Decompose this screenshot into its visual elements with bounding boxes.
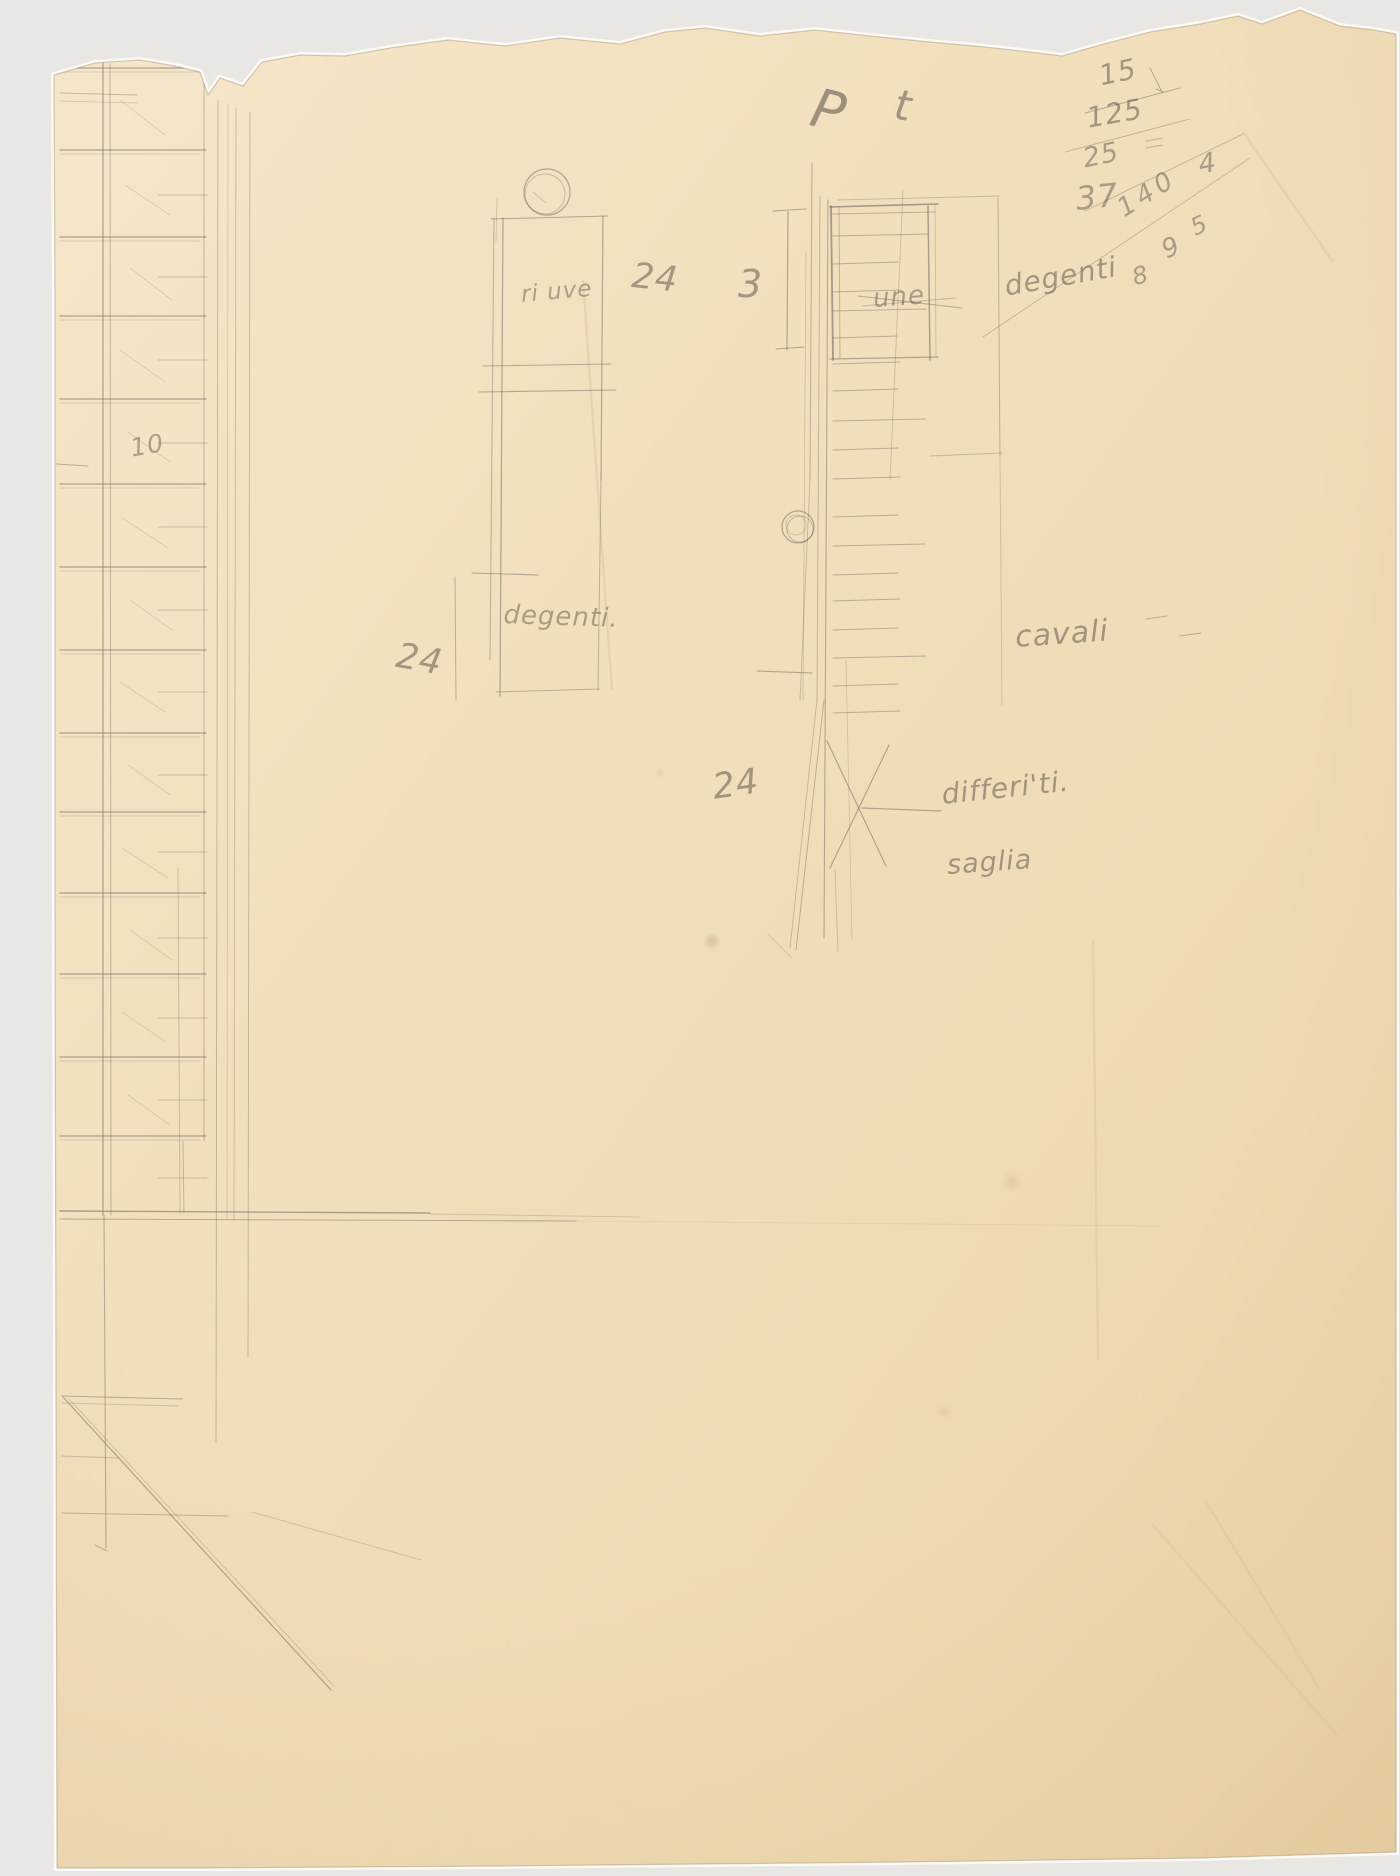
sketch-canvas bbox=[0, 0, 1400, 1876]
paper-stain bbox=[703, 932, 721, 950]
paper-stain bbox=[1001, 1171, 1023, 1193]
paper-stain bbox=[655, 768, 665, 778]
scanned-sketch-page: Pt1512525437140958degentiri uve243unecav… bbox=[0, 0, 1400, 1876]
paper-vignette bbox=[0, 0, 1400, 1876]
paper-stain bbox=[936, 1404, 952, 1420]
